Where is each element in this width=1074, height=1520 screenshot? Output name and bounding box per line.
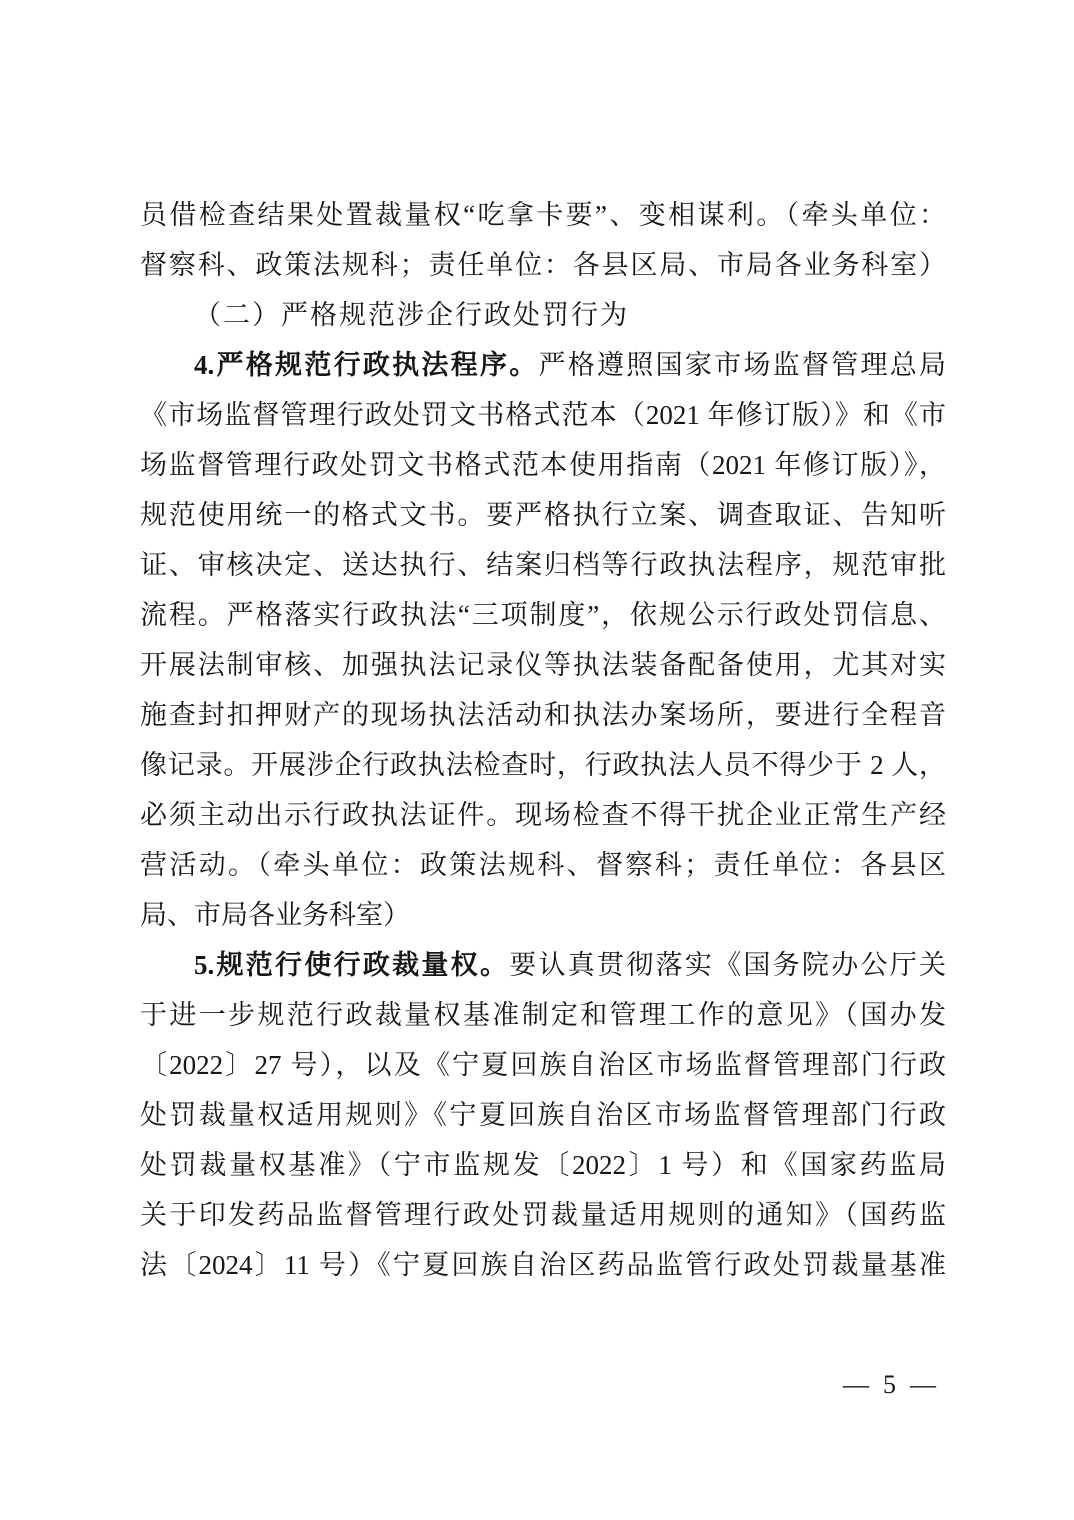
body-line: 营活动。（牵头单位：政策法规科、督察科；责任单位：各县区	[140, 840, 946, 890]
body-line: 证、审核决定、送达执行、结案归档等行政执法程序，规范审批	[140, 540, 946, 590]
body-line: 施查封扣押财产的现场执法活动和执法办案场所，要进行全程音	[140, 690, 946, 740]
item4-first-rest: 严格遵照国家市场监督管理总局	[539, 350, 947, 380]
body-line: 督察科、政策法规科；责任单位：各县区局、市局各业务科室）	[140, 240, 946, 290]
section-heading: （二）严格规范涉企行政处罚行为	[140, 290, 946, 340]
item4-title: 4.严格规范行政执法程序。	[194, 350, 539, 380]
body-line: 局、市局各业务科室）	[140, 890, 946, 940]
body-line: 流程。严格落实行政执法“三项制度”，依规公示行政处罚信息、	[140, 590, 946, 640]
body-line: 处罚裁量权基准》（宁市监规发〔2022〕1 号）和《国家药监局	[140, 1140, 946, 1190]
item5-first-rest: 要认真贯彻落实《国务院办公厅关	[509, 950, 946, 980]
body-line: 员借检查结果处置裁量权“吃拿卡要”、变相谋利。（牵头单位：	[140, 190, 946, 240]
footer-left-dash: —	[843, 1368, 869, 1402]
body-line: 场监督管理行政处罚文书格式范本使用指南（2021 年修订版）》，	[140, 440, 946, 490]
body-line-item5-first: 5.规范行使行政裁量权。要认真贯彻落实《国务院办公厅关	[140, 940, 946, 990]
footer-page-number: 5	[883, 1368, 896, 1402]
document-body: 员借检查结果处置裁量权“吃拿卡要”、变相谋利。（牵头单位： 督察科、政策法规科；…	[140, 190, 946, 1290]
body-line: 于进一步规范行政裁量权基准制定和管理工作的意见》（国办发	[140, 990, 946, 1040]
document-page: 员借检查结果处置裁量权“吃拿卡要”、变相谋利。（牵头单位： 督察科、政策法规科；…	[0, 0, 1074, 1520]
page-number: — 5 —	[843, 1368, 936, 1402]
body-line-item4-first: 4.严格规范行政执法程序。严格遵照国家市场监督管理总局	[140, 340, 946, 390]
item5-title: 5.规范行使行政裁量权。	[194, 950, 509, 980]
body-line: 法〔2024〕11 号）《宁夏回族自治区药品监管行政处罚裁量基准	[140, 1240, 946, 1290]
body-line: 开展法制审核、加强执法记录仪等执法装备配备使用，尤其对实	[140, 640, 946, 690]
body-line: 《市场监督管理行政处罚文书格式范本（2021 年修订版）》和《市	[140, 390, 946, 440]
body-line: 像记录。开展涉企行政执法检查时，行政执法人员不得少于 2 人，	[140, 740, 946, 790]
body-line: 〔2022〕27 号），以及《宁夏回族自治区市场监督管理部门行政	[140, 1040, 946, 1090]
body-line: 处罚裁量权适用规则》《宁夏回族自治区市场监督管理部门行政	[140, 1090, 946, 1140]
body-line: 必须主动出示行政执法证件。现场检查不得干扰企业正常生产经	[140, 790, 946, 840]
footer-right-dash: —	[910, 1368, 936, 1402]
body-line: 关于印发药品监督管理行政处罚裁量适用规则的通知》（国药监	[140, 1190, 946, 1240]
body-line: 规范使用统一的格式文书。要严格执行立案、调查取证、告知听	[140, 490, 946, 540]
